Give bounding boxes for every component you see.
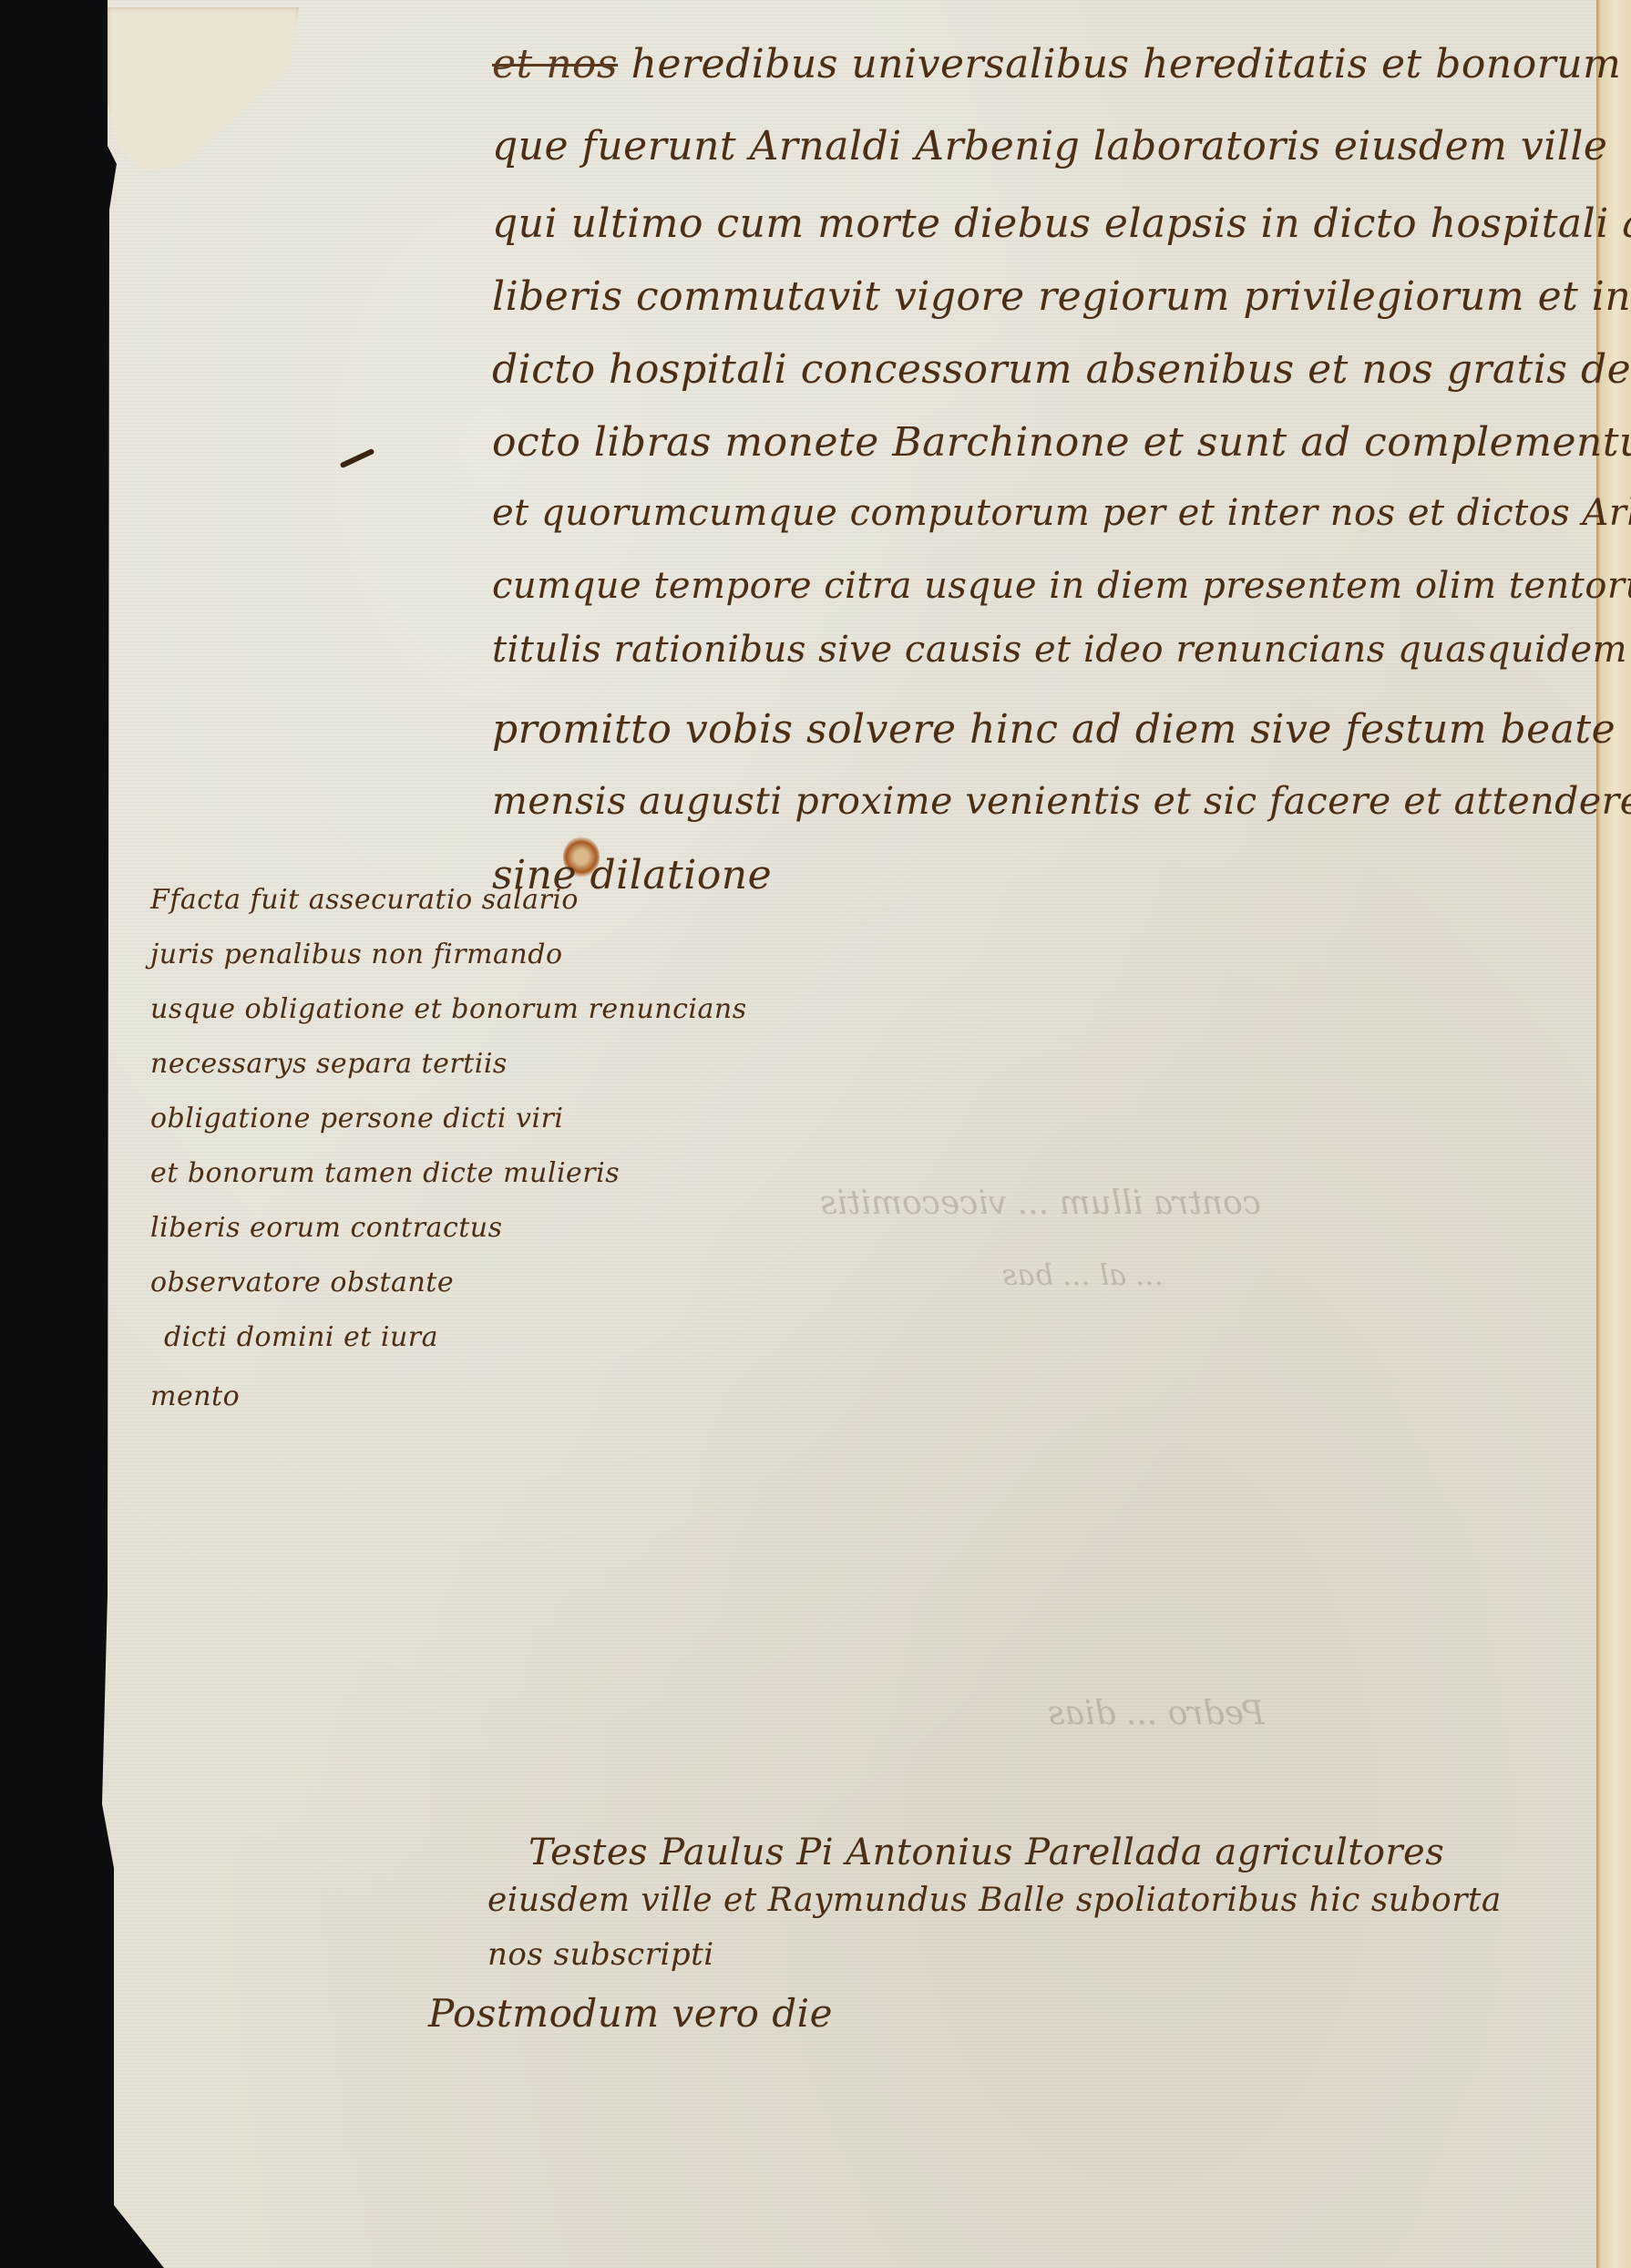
margin-line: obligatione persone dicti viri — [150, 1103, 564, 1134]
margin-line: observatore obstante — [150, 1267, 454, 1298]
text-line: que fuerunt Arnaldi Arbenig laboratoris … — [492, 123, 1607, 169]
ink-blot — [340, 448, 375, 468]
bleed-through-text: ... al ... bas — [1002, 1257, 1164, 1292]
postscript-line: Postmodum vero die — [428, 1991, 833, 2036]
text-line: et quorumcumque computorum per et inter … — [492, 492, 1631, 534]
margin-line: dicti domini et iura — [164, 1321, 438, 1353]
torn-corner-flap — [108, 7, 299, 180]
witness-line: Testes Paulus Pi Antonius Parellada agri… — [528, 1832, 1444, 1873]
manuscript-page: contra illum ... vicecomitis ... al ... … — [0, 0, 1631, 2268]
text-line: mensis augusti proxime venientis et sic … — [492, 779, 1631, 823]
text-line: qui ultimo cum morte diebus elapsis in d… — [492, 200, 1631, 247]
witness-line: nos subscripti — [487, 1936, 714, 1973]
margin-line: usque obligatione et bonorum renuncians — [150, 993, 747, 1025]
text-line: liberis commutavit vigore regiorum privi… — [492, 273, 1631, 320]
text-line: octo libras monete Barchinone et sunt ad… — [492, 419, 1631, 466]
margin-line: necessarys separa tertiis — [150, 1048, 508, 1080]
text-line: titulis rationibus sive causis et ideo r… — [492, 629, 1631, 671]
margin-line: et bonorum tamen dicte mulieris — [150, 1157, 620, 1189]
margin-line: mento — [150, 1380, 240, 1412]
margin-line: liberis eorum contractus — [150, 1212, 503, 1244]
bleed-through-text: contra illum ... vicecomitis — [820, 1185, 1261, 1222]
struck-word: et nos — [492, 41, 618, 87]
witness-line: eiusdem ville et Raymundus Balle spoliat… — [487, 1882, 1502, 1919]
margin-line: juris penalibus non firmando — [150, 939, 563, 970]
margin-line: Ffacta fuit assecuratio salario — [150, 884, 579, 916]
text-line: dicto hospitali concessorum absenibus et… — [492, 346, 1631, 393]
bleed-through-text: Pedro ... dias — [1048, 1695, 1265, 1732]
text-line: et nos heredibus universalibus hereditat… — [492, 41, 1631, 87]
text-line: cumque tempore citra usque in diem prese… — [492, 565, 1631, 607]
binding-edge — [1596, 0, 1631, 2268]
text-line: promitto vobis solvere hinc ad diem sive… — [492, 706, 1631, 753]
